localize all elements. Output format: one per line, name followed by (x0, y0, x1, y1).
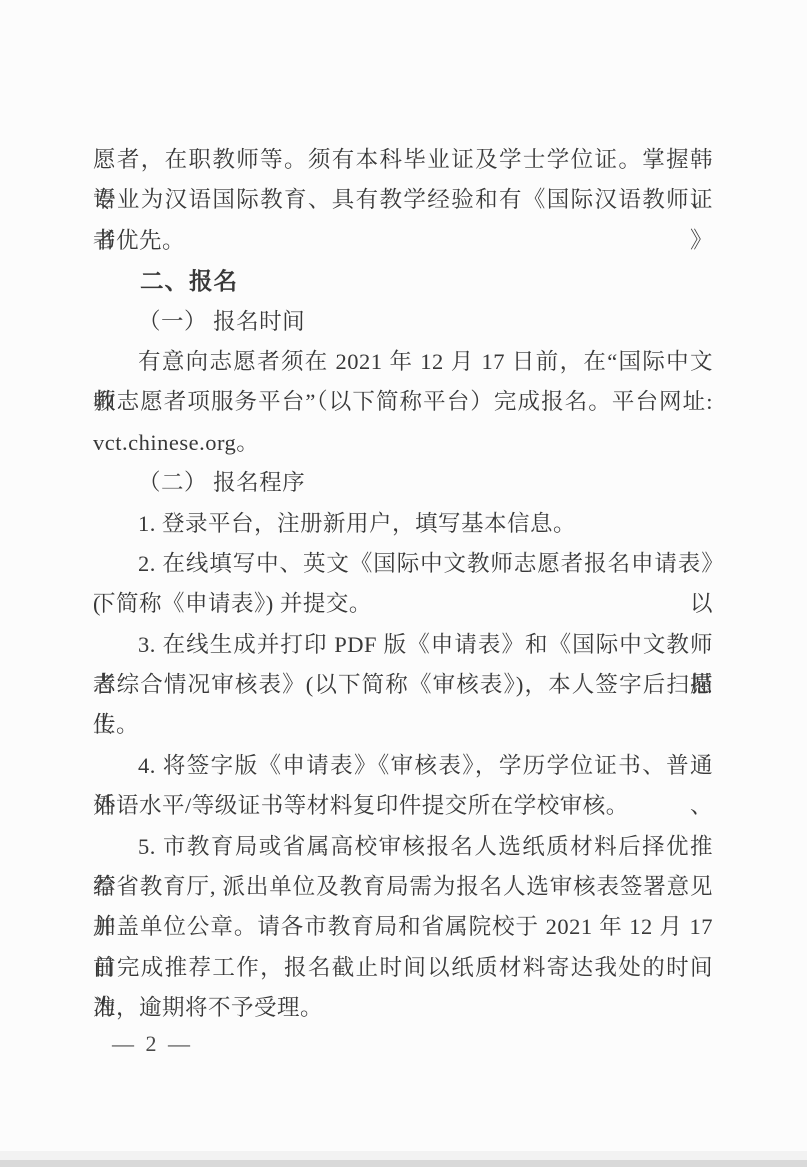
document-page: 愿者，在职教师等。须有本科毕业证及学士学位证。掌握韩语、 专业为汉语国际教育、具… (0, 0, 807, 1167)
text-line: 师志愿者项服务平台”（以下简称平台）完成报名。平台网址: (93, 382, 713, 422)
list-item-line: 给省教育厅, 派出单位及教育局需为报名人选审核表签署意见并 (93, 867, 713, 907)
scan-edge (0, 1160, 807, 1167)
text-line: 有意向志愿者须在 2021 年 12 月 17 日前，在“国际中文教 (93, 342, 713, 382)
list-item-line: 4. 将签字版《申请表》《审核表》，学历学位证书、普通话、 (93, 746, 713, 786)
list-item-line: 外语水平/等级证书等材料复印件提交所在学校审核。 (93, 786, 713, 826)
list-item-line: 3. 在线生成并打印 PDF 版《申请表》和《国际中文教师志愿 (93, 625, 713, 665)
section-heading: 二、报名 (93, 261, 713, 301)
list-item-line: 1. 登录平台，注册新用户，填写基本信息。 (93, 504, 713, 544)
platform-url-line: vct.chinese.org。 (93, 423, 713, 463)
sub-heading: （二） 报名程序 (93, 463, 713, 503)
list-item-line: 准，逾期将不予受理。 (93, 988, 713, 1028)
text-line: 愿者，在职教师等。须有本科毕业证及学士学位证。掌握韩语、 (93, 140, 713, 180)
scan-edge-shadow (0, 1151, 807, 1160)
text-column: 愿者，在职教师等。须有本科毕业证及学士学位证。掌握韩语、 专业为汉语国际教育、具… (93, 140, 713, 1029)
list-item-line: 传。 (93, 705, 713, 745)
list-item-line: 者综合情况审核表》(以下简称《审核表》)，本人签字后扫描上 (93, 665, 713, 705)
text-line: 专业为汉语国际教育、具有教学经验和有《国际汉语教师证书》 (93, 180, 713, 220)
page-number: — 2 — (112, 1031, 193, 1057)
sub-heading: （一） 报名时间 (93, 302, 713, 342)
list-item-line: 2. 在线填写中、英文《国际中文教师志愿者报名申请表》(以 (93, 544, 713, 584)
list-item-line: 前完成推荐工作，报名截止时间以纸质材料寄达我处的时间为 (93, 948, 713, 988)
list-item-line: 5. 市教育局或省属高校审核报名人选纸质材料后择优推荐 (93, 827, 713, 867)
list-item-line: 加盖单位公章。请各市教育局和省属院校于 2021 年 12 月 17 日 (93, 907, 713, 947)
